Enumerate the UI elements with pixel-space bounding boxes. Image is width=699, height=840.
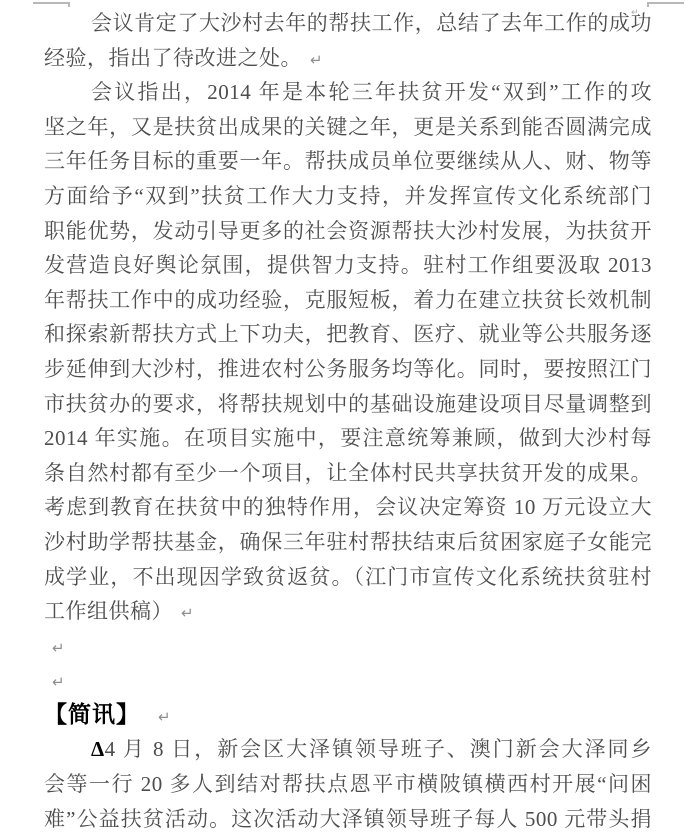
paragraph-mark-icon: ↵	[158, 708, 171, 726]
delta-bullet: Δ	[91, 737, 105, 761]
line-text: 工作组供稿）	[44, 599, 173, 623]
paragraph-mark-icon: ↵	[310, 51, 323, 69]
corner-mark-line	[33, 2, 70, 4]
line-text: 市扶贫办的要求，将帮扶规划中的基础设施建设项目尽量调整到	[44, 392, 652, 416]
line-text: 步延伸到大沙村，推进农村公务服务均等化。同时，要按照江门	[44, 357, 652, 381]
line-text: 坚之年，又是扶贫出成果的关键之年，更是关系到能否圆满完成	[44, 115, 652, 139]
line-text: 会议肯定了大沙村去年的帮扶工作，总结了去年工作的成功	[91, 11, 652, 35]
line-text: 职能优势，发动引导更多的社会资源帮扶大沙村发展，为扶贫开	[44, 219, 652, 243]
line-text: 和探索新帮扶方式上下功夫，把教育、医疗、就业等公共服务逐	[44, 322, 652, 346]
text-line: 沙村助学帮扶基金，确保三年驻村帮扶结束后贫困家庭子女能完	[44, 525, 652, 560]
document-body: 会议肯定了大沙村去年的帮扶工作，总结了去年工作的成功经验，指出了待改进之处。↵会…	[44, 6, 652, 836]
text-line: ↵	[44, 629, 652, 664]
text-line: 年帮扶工作中的成功经验，克服短板，着力在建立扶贫长效机制	[44, 283, 652, 318]
text-line: 方面给予“双到”扶贫工作大力支持，并发挥宣传文化系统部门	[44, 179, 652, 214]
text-line: 步延伸到大沙村，推进农村公务服务均等化。同时，要按照江门	[44, 352, 652, 387]
line-text: 年帮扶工作中的成功经验，克服短板，着力在建立扶贫长效机制	[44, 288, 652, 312]
text-line: ↵	[44, 663, 652, 698]
line-text: 4 月 8 日，新会区大泽镇领导班子、澳门新会大泽同乡	[105, 737, 652, 761]
text-line: 会议肯定了大沙村去年的帮扶工作，总结了去年工作的成功	[44, 6, 652, 41]
text-line: 会议指出，2014 年是本轮三年扶贫开发“双到”工作的攻	[44, 75, 652, 110]
line-text: 方面给予“双到”扶贫工作大力支持，并发挥宣传文化系统部门	[44, 184, 652, 208]
text-line: 发营造良好舆论氛围，提供智力支持。驻村工作组要汲取 2013	[44, 248, 652, 283]
line-text: 发营造良好舆论氛围，提供智力支持。驻村工作组要汲取 2013	[44, 253, 652, 277]
line-text: 会议指出，2014 年是本轮三年扶贫开发“双到”工作的攻	[91, 80, 652, 104]
line-text: 沙村助学帮扶基金，确保三年驻村帮扶结束后贫困家庭子女能完	[44, 530, 652, 554]
text-line: 三年任务目标的重要一年。帮扶成员单位要继续从人、财、物等	[44, 144, 652, 179]
text-line: 和探索新帮扶方式上下功夫，把教育、医疗、就业等公共服务逐	[44, 317, 652, 352]
line-text: 条自然村都有至少一个项目，让全体村民共享扶贫开发的成果。	[44, 461, 652, 485]
text-line: 难”公益扶贫活动。这次活动大泽镇领导班子每人 500 元带头捐	[44, 802, 652, 837]
text-line: 2014 年实施。在项目实施中，要注意统筹兼顾，做到大沙村每	[44, 421, 652, 456]
line-text: 2014 年实施。在项目实施中，要注意统筹兼顾，做到大沙村每	[44, 426, 652, 450]
text-line: 市扶贫办的要求，将帮扶规划中的基础设施建设项目尽量调整到	[44, 387, 652, 422]
text-line: 成学业，不出现因学致贫返贫。（江门市宣传文化系统扶贫驻村	[44, 560, 652, 595]
paragraph-mark-icon: ↵	[52, 673, 65, 691]
line-text: 会等一行 20 多人到结对帮扶点恩平市横陂镇横西村开展“问困	[44, 772, 652, 796]
line-text: 考虑到教育在扶贫中的独特作用，会议决定筹资 10 万元设立大	[44, 495, 652, 519]
section-heading-text: 【简讯】	[44, 702, 140, 727]
section-heading: 【简讯】↵	[44, 698, 652, 733]
page-corner-mark-right	[647, 0, 684, 5]
line-text: 难”公益扶贫活动。这次活动大泽镇领导班子每人 500 元带头捐	[44, 807, 652, 831]
document-page: { "page": { "background": "#ffffff", "te…	[0, 0, 699, 840]
text-line: 经验，指出了待改进之处。↵	[44, 41, 652, 76]
text-line: 工作组供稿）↵	[44, 594, 652, 629]
line-text: 三年任务目标的重要一年。帮扶成员单位要继续从人、财、物等	[44, 149, 652, 173]
text-line: 职能优势，发动引导更多的社会资源帮扶大沙村发展，为扶贫开	[44, 214, 652, 249]
text-line: 会等一行 20 多人到结对帮扶点恩平市横陂镇横西村开展“问困	[44, 767, 652, 802]
paragraph-mark-icon: ↵	[52, 639, 65, 657]
paragraph-mark-icon: ↵	[181, 604, 194, 622]
text-line: Δ4 月 8 日，新会区大泽镇领导班子、澳门新会大泽同乡	[44, 732, 652, 767]
text-line: 考虑到教育在扶贫中的独特作用，会议决定筹资 10 万元设立大	[44, 490, 652, 525]
corner-mark-line	[647, 2, 684, 4]
line-text: 经验，指出了待改进之处。	[44, 46, 302, 70]
page-corner-mark-left	[33, 0, 70, 5]
line-text: 成学业，不出现因学致贫返贫。（江门市宣传文化系统扶贫驻村	[44, 565, 652, 589]
text-line: 条自然村都有至少一个项目，让全体村民共享扶贫开发的成果。↵	[44, 456, 652, 491]
text-line: 坚之年，又是扶贫出成果的关键之年，更是关系到能否圆满完成	[44, 110, 652, 145]
